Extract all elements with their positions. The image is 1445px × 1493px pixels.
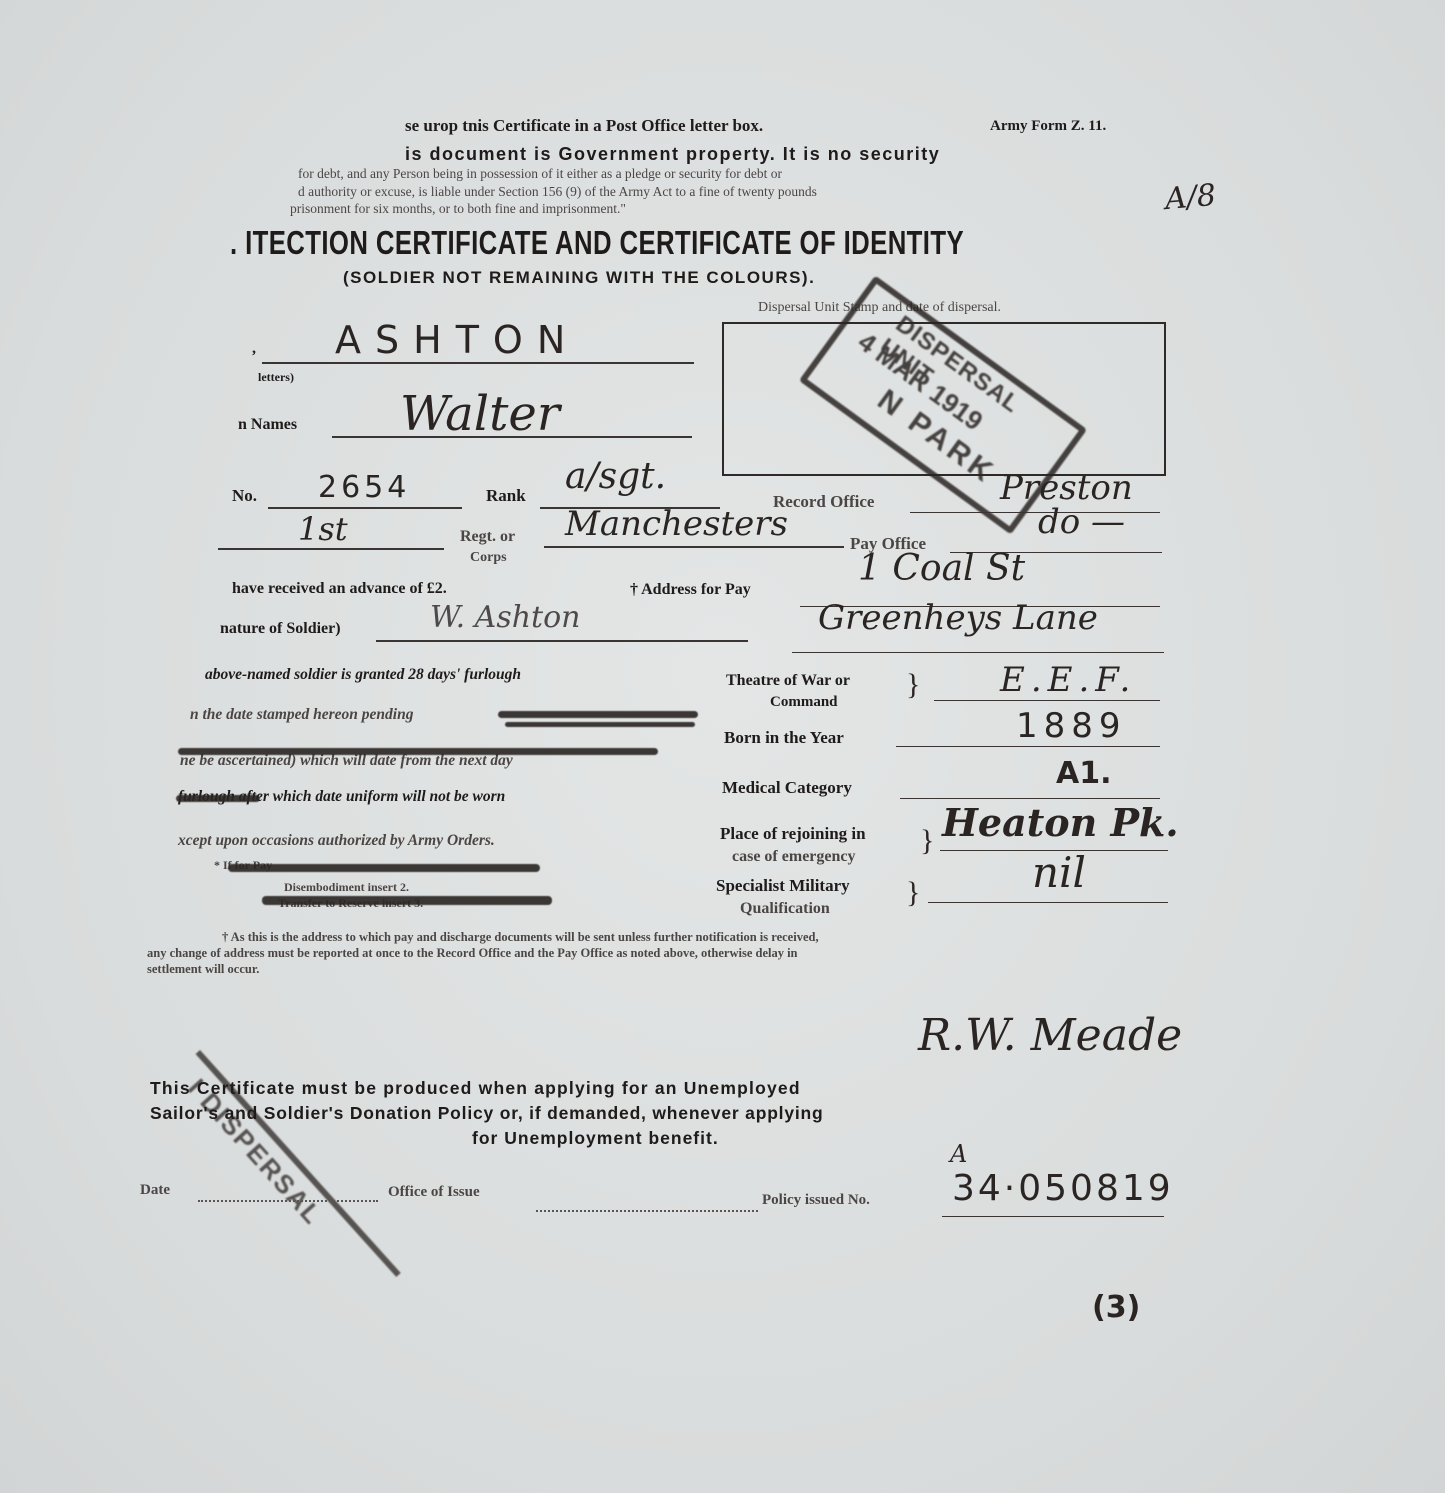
theatre-of-war-line [934, 700, 1160, 701]
address-line-2-value[interactable]: Greenheys Lane [818, 598, 1098, 638]
strike-through [505, 722, 695, 727]
corps-label: Corps [470, 550, 507, 566]
strike-through [262, 896, 552, 905]
theatre-of-war-value[interactable]: E.E.F. [1000, 660, 1136, 700]
medical-category-line [900, 798, 1160, 799]
born-in-year-line [896, 746, 1160, 747]
brace: } [906, 668, 920, 702]
born-in-year-label: Born in the Year [724, 728, 844, 748]
signature-of-soldier-value[interactable]: W. Ashton [430, 600, 580, 635]
brace: } [906, 876, 920, 910]
regimental-no-line [268, 507, 462, 509]
footnote-line-1: † As this is the address to which pay an… [222, 930, 819, 945]
address-for-pay-label: † Address for Pay [630, 581, 751, 599]
footnote-line-2: any change of address must be reported a… [147, 946, 798, 961]
page-subtitle: (SOLDIER NOT REMAINING WITH THE COLOURS)… [343, 268, 815, 288]
header-instruction: se urop tnis Certificate in a Post Offic… [405, 116, 763, 136]
place-of-rejoining-label: Place of rejoining in [720, 824, 866, 844]
footnote-line-3: settlement will occur. [147, 962, 259, 977]
regiment-line [544, 546, 844, 548]
regiment-value[interactable]: Manchesters [565, 504, 788, 544]
strike-through [178, 748, 658, 755]
christian-names-value[interactable]: Walter [400, 386, 560, 442]
record-office-label: Record Office [773, 492, 874, 512]
strike-through [498, 711, 698, 718]
command-label: Command [770, 694, 838, 711]
rank-value[interactable]: a/sgt. [565, 456, 666, 497]
policy-prefix: A [950, 1140, 967, 1168]
qualification-label: Qualification [740, 900, 830, 918]
legal-line-2: d authority or excuse, is liable under S… [298, 184, 817, 200]
place-of-rejoining-value[interactable]: Heaton Pk. [942, 800, 1179, 845]
margin-annotation: A/8 [1164, 178, 1218, 217]
regiment-label: Regt. or [460, 528, 515, 546]
policy-issued-line [942, 1216, 1164, 1217]
strike-through [176, 795, 260, 802]
advance-label: have received an advance of £2. [232, 580, 447, 598]
specialist-qualification-value[interactable]: nil [1032, 848, 1086, 897]
pay-office-value[interactable]: do — [1038, 502, 1125, 542]
battalion-line [218, 548, 444, 550]
address-line-2-rule [792, 652, 1164, 653]
medical-category-label: Medical Category [722, 778, 852, 798]
property-notice: is document is Government property. It i… [405, 144, 940, 165]
regimental-no-value[interactable]: 2654 [318, 470, 410, 505]
born-in-year-value[interactable]: 1889 [1016, 706, 1127, 746]
signature-of-soldier-line [376, 640, 748, 642]
photographed-document: se urop tnis Certificate in a Post Offic… [0, 0, 1445, 1493]
furlough-line-1: above-named soldier is granted 28 days' … [205, 666, 521, 684]
legal-line-1: for debt, and any Person being in posses… [298, 166, 782, 182]
furlough-line-5: xcept upon occasions authorized by Army … [178, 832, 495, 850]
date-label: Date [140, 1182, 170, 1199]
officer-signature: R.W. Meade [918, 1010, 1182, 1061]
unemployment-notice-line-3: for Unemployment benefit. [472, 1128, 719, 1149]
unemployment-notice-line-2: Sailor's and Soldier's Donation Policy o… [150, 1103, 824, 1124]
office-of-issue-label: Office of Issue [388, 1184, 480, 1201]
form-number: Army Form Z. 11. [990, 118, 1106, 135]
legal-line-3: prisonment for six months, or to both fi… [290, 201, 626, 217]
battalion-value[interactable]: 1st [298, 510, 348, 548]
policy-issued-label: Policy issued No. [762, 1192, 870, 1209]
brace: } [920, 824, 934, 858]
struck-line-2: Disembodiment insert 2. [284, 880, 409, 895]
signature-of-soldier-label: nature of Soldier) [220, 620, 341, 638]
specialist-military-label: Specialist Military [716, 876, 850, 896]
surname-label: letters) [258, 370, 294, 385]
surname-value[interactable]: ASHTON [335, 318, 579, 362]
christian-names-label: n Names [238, 416, 297, 434]
regimental-no-label: No. [232, 486, 257, 506]
office-of-issue-line[interactable] [536, 1210, 758, 1212]
address-line-1-value[interactable]: 1 Coal St [858, 548, 1025, 589]
case-of-emergency-label: case of emergency [732, 848, 856, 866]
date-line[interactable] [198, 1200, 378, 1202]
policy-issued-value[interactable]: 34·050819 [952, 1168, 1174, 1209]
strike-through [228, 864, 540, 872]
unemployment-notice-line-1: This Certificate must be produced when a… [150, 1078, 801, 1099]
page-number: (3) [1092, 1290, 1140, 1325]
medical-category-value[interactable]: A1. [1056, 756, 1112, 791]
surname-line [262, 362, 694, 364]
specialist-qualification-line [928, 902, 1168, 903]
rank-label: Rank [486, 486, 526, 506]
theatre-of-war-label: Theatre of War or [726, 672, 850, 690]
page-title: . ITECTION CERTIFICATE AND CERTIFICATE O… [230, 224, 964, 262]
furlough-line-2: n the date stamped hereon pending [190, 706, 413, 724]
surname-prefix: , [252, 340, 256, 358]
